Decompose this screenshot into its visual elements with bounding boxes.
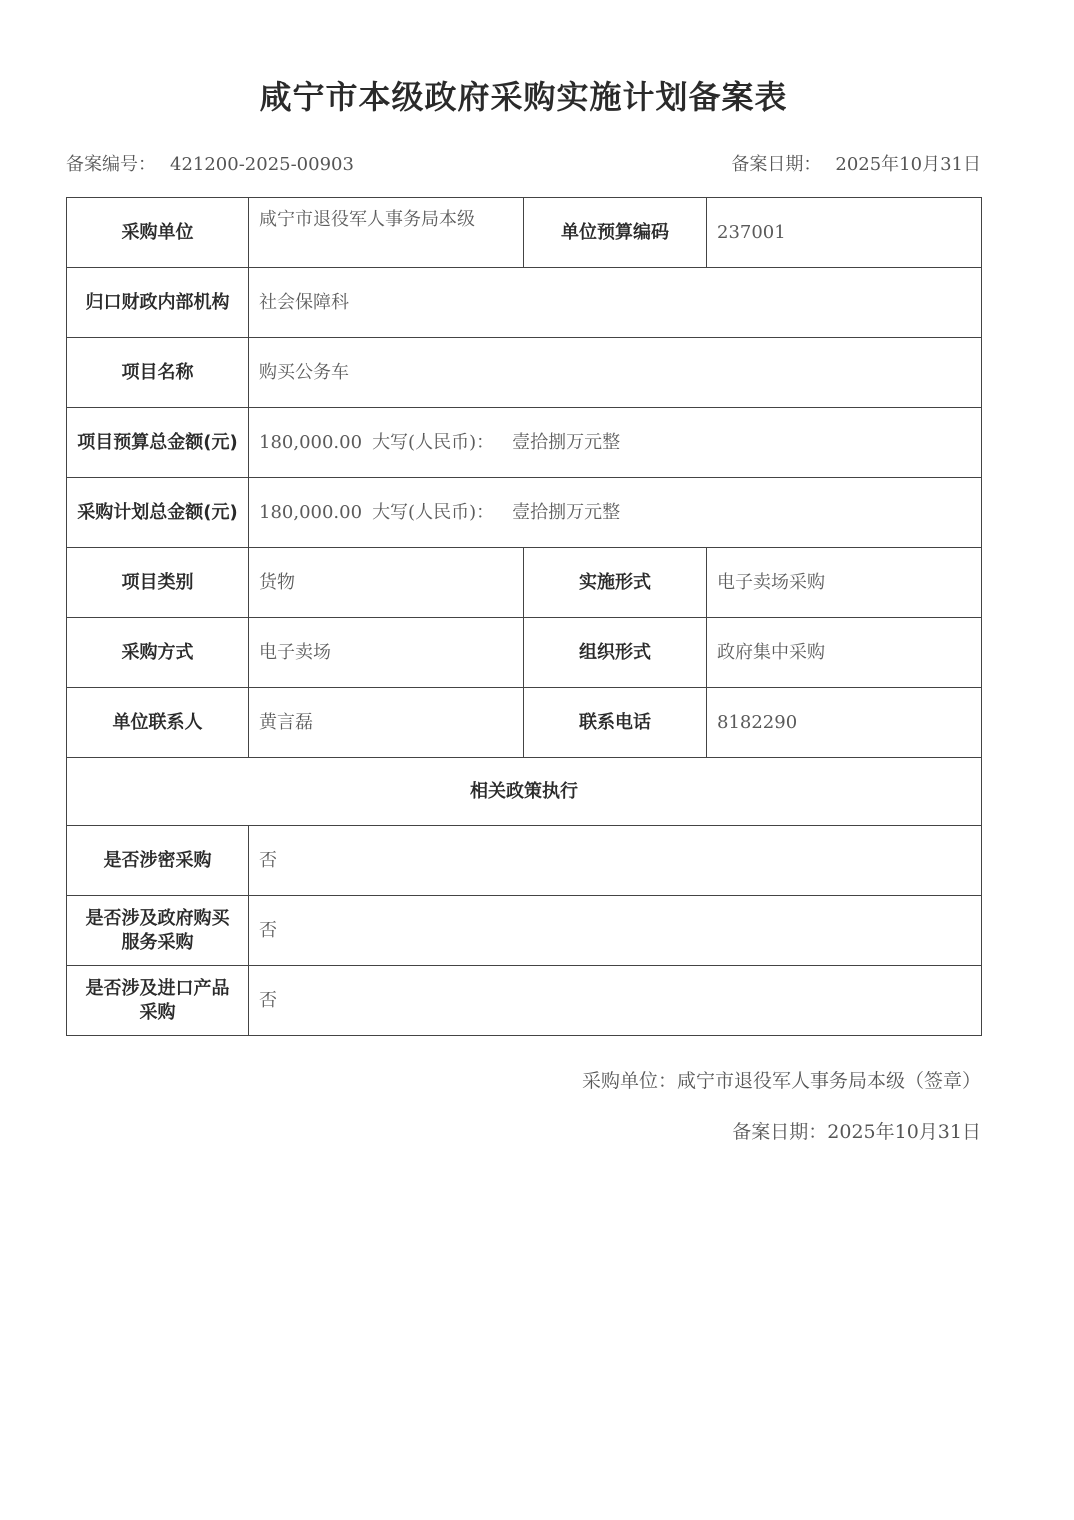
record-date-value: 2025年10月31日 bbox=[835, 154, 981, 175]
record-date: 备案日期：2025年10月31日 bbox=[731, 150, 981, 176]
government-service-procurement-value: 否 bbox=[249, 896, 982, 966]
contact-phone-value: 8182290 bbox=[707, 688, 982, 758]
record-number-value: 421200-2025-00903 bbox=[170, 154, 354, 175]
table-row: 单位联系人 黄言磊 联系电话 8182290 bbox=[67, 688, 982, 758]
procurement-plan-total-value: 180,000.00大写(人民币)：壹拾捌万元整 bbox=[249, 478, 982, 548]
record-date-label: 备案日期： bbox=[731, 154, 821, 175]
project-budget-capital-amount: 壹拾捌万元整 bbox=[512, 432, 620, 453]
imported-product-procurement-label: 是否涉及进口产品采购 bbox=[67, 966, 249, 1036]
project-budget-amount: 180,000.00 bbox=[259, 432, 362, 453]
finance-department-value: 社会保障科 bbox=[249, 268, 982, 338]
contact-person-label: 单位联系人 bbox=[67, 688, 249, 758]
procurement-plan-amount: 180,000.00 bbox=[259, 502, 362, 523]
government-service-procurement-label: 是否涉及政府购买服务采购 bbox=[67, 896, 249, 966]
policy-section-title: 相关政策执行 bbox=[67, 758, 982, 826]
table-row: 相关政策执行 bbox=[67, 758, 982, 826]
organization-form-label: 组织形式 bbox=[524, 618, 707, 688]
procurement-method-value: 电子卖场 bbox=[249, 618, 524, 688]
procurement-plan-capital-label: 大写(人民币)： bbox=[372, 502, 494, 523]
table-row: 采购计划总金额(元) 180,000.00大写(人民币)：壹拾捌万元整 bbox=[67, 478, 982, 548]
table-row: 是否涉密采购 否 bbox=[67, 826, 982, 896]
document-meta: 备案编号：421200-2025-00903 备案日期：2025年10月31日 bbox=[66, 150, 981, 178]
procurement-plan-table: 采购单位 咸宁市退役军人事务局本级 单位预算编码 237001 归口财政内部机构… bbox=[66, 197, 982, 1036]
project-budget-capital-label: 大写(人民币)： bbox=[372, 432, 494, 453]
contact-phone-label: 联系电话 bbox=[524, 688, 707, 758]
project-name-value: 购买公务车 bbox=[249, 338, 982, 408]
implementation-form-value: 电子卖场采购 bbox=[707, 548, 982, 618]
classified-procurement-value: 否 bbox=[249, 826, 982, 896]
project-category-value: 货物 bbox=[249, 548, 524, 618]
footer-purchasing-unit-signature: 采购单位：咸宁市退役军人事务局本级（签章） bbox=[582, 1066, 981, 1093]
procurement-method-label: 采购方式 bbox=[67, 618, 249, 688]
finance-department-label: 归口财政内部机构 bbox=[67, 268, 249, 338]
contact-person-value: 黄言磊 bbox=[249, 688, 524, 758]
project-budget-total-value: 180,000.00大写(人民币)：壹拾捌万元整 bbox=[249, 408, 982, 478]
record-number: 备案编号：421200-2025-00903 bbox=[66, 150, 354, 176]
document-title: 咸宁市本级政府采购实施计划备案表 bbox=[0, 72, 1047, 118]
project-name-label: 项目名称 bbox=[67, 338, 249, 408]
table-row: 项目预算总金额(元) 180,000.00大写(人民币)：壹拾捌万元整 bbox=[67, 408, 982, 478]
procurement-plan-total-label: 采购计划总金额(元) bbox=[67, 478, 249, 548]
purchasing-unit-label: 采购单位 bbox=[67, 198, 249, 268]
record-number-label: 备案编号： bbox=[66, 154, 156, 175]
procurement-plan-capital-amount: 壹拾捌万元整 bbox=[512, 502, 620, 523]
table-row: 项目类别 货物 实施形式 电子卖场采购 bbox=[67, 548, 982, 618]
project-budget-total-label: 项目预算总金额(元) bbox=[67, 408, 249, 478]
footer-record-date: 备案日期：2025年10月31日 bbox=[732, 1117, 981, 1144]
imported-product-procurement-value: 否 bbox=[249, 966, 982, 1036]
implementation-form-label: 实施形式 bbox=[524, 548, 707, 618]
table-row: 项目名称 购买公务车 bbox=[67, 338, 982, 408]
table-row: 采购方式 电子卖场 组织形式 政府集中采购 bbox=[67, 618, 982, 688]
table-row: 归口财政内部机构 社会保障科 bbox=[67, 268, 982, 338]
unit-budget-code-value: 237001 bbox=[707, 198, 982, 268]
table-row: 是否涉及政府购买服务采购 否 bbox=[67, 896, 982, 966]
organization-form-value: 政府集中采购 bbox=[707, 618, 982, 688]
purchasing-unit-value: 咸宁市退役军人事务局本级 bbox=[249, 198, 524, 268]
classified-procurement-label: 是否涉密采购 bbox=[67, 826, 249, 896]
table-row: 是否涉及进口产品采购 否 bbox=[67, 966, 982, 1036]
table-row: 采购单位 咸宁市退役军人事务局本级 单位预算编码 237001 bbox=[67, 198, 982, 268]
unit-budget-code-label: 单位预算编码 bbox=[524, 198, 707, 268]
project-category-label: 项目类别 bbox=[67, 548, 249, 618]
